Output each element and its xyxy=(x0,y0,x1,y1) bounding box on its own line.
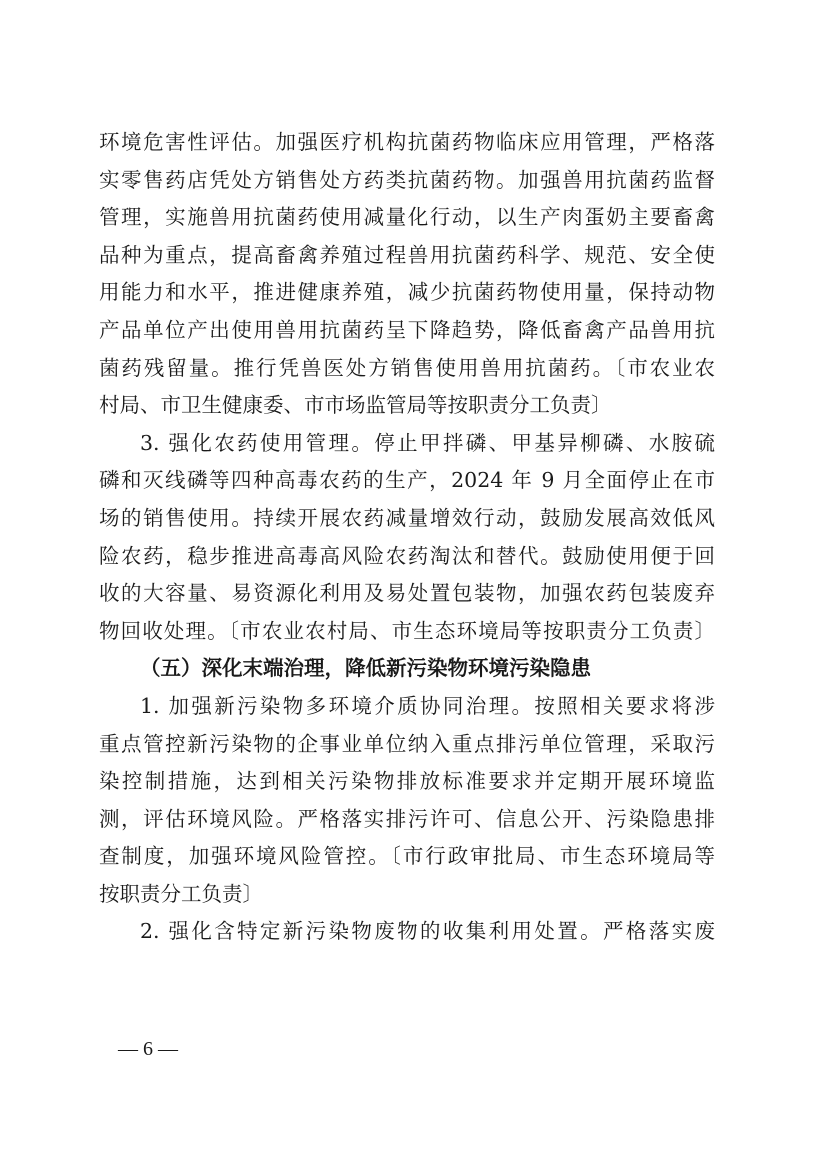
document-body: 环境危害性评估。加强医疗机构抗菌药物临床应用管理，严格落 实零售药店凭处方销售处… xyxy=(99,124,715,951)
paragraph-start-item-1: 1. 加强新污染物多环境介质协同治理。按照相关要求将涉 xyxy=(99,688,715,726)
text-line: 重点管控新污染物的企事业单位纳入重点排污单位管理，采取污 xyxy=(99,726,715,764)
text-line: 场的销售使用。持续开展农药减量增效行动，鼓励发展高效低风 xyxy=(99,500,715,538)
document-page: 环境危害性评估。加强医疗机构抗菌药物临床应用管理，严格落 实零售药店凭处方销售处… xyxy=(0,0,813,1153)
text-line: 菌药残留量。推行凭兽医处方销售使用兽用抗菌药。〔市农业农 xyxy=(99,350,715,388)
text-line-responsibility: 按职责分工负责〕 xyxy=(99,876,715,914)
text-line: 管理，实施兽用抗菌药使用减量化行动，以生产肉蛋奶主要畜禽 xyxy=(99,199,715,237)
paragraph-start-item-3: 3. 强化农药使用管理。停止甲拌磷、甲基异柳磷、水胺硫 xyxy=(99,425,715,463)
text-line: 品种为重点，提高畜禽养殖过程兽用抗菌药科学、规范、安全使 xyxy=(99,237,715,275)
text-line: 查制度，加强环境风险管控。〔市行政审批局、市生态环境局等 xyxy=(99,838,715,876)
text-line-responsibility: 村局、市卫生健康委、市市场监管局等按职责分工负责〕 xyxy=(99,387,715,425)
section-heading: （五）深化末端治理，降低新污染物环境污染隐患 xyxy=(99,650,715,688)
paragraph-start-item-2: 2. 强化含特定新污染物废物的收集利用处置。严格落实废 xyxy=(99,913,715,951)
text-line: 染控制措施，达到相关污染物排放标准要求并定期开展环境监 xyxy=(99,763,715,801)
text-line-responsibility: 物回收处理。〔市农业农村局、市生态环境局等按职责分工负责〕 xyxy=(99,613,715,651)
text-line: 实零售药店凭处方销售处方药类抗菌药物。加强兽用抗菌药监督 xyxy=(99,162,715,200)
text-line: 磷和灭线磷等四种高毒农药的生产，2024 年 9 月全面停止在市 xyxy=(99,462,715,500)
text-line: 产品单位产出使用兽用抗菌药呈下降趋势，降低畜禽产品兽用抗 xyxy=(99,312,715,350)
page-number: — 6 — xyxy=(118,1038,178,1061)
text-line: 测，评估环境风险。严格落实排污许可、信息公开、污染隐患排 xyxy=(99,801,715,839)
text-line: 收的大容量、易资源化利用及易处置包装物，加强农药包装废弃 xyxy=(99,575,715,613)
text-line: 险农药，稳步推进高毒高风险农药淘汰和替代。鼓励使用便于回 xyxy=(99,538,715,576)
text-line: 环境危害性评估。加强医疗机构抗菌药物临床应用管理，严格落 xyxy=(99,124,715,162)
text-line: 用能力和水平，推进健康养殖，减少抗菌药物使用量，保持动物 xyxy=(99,274,715,312)
